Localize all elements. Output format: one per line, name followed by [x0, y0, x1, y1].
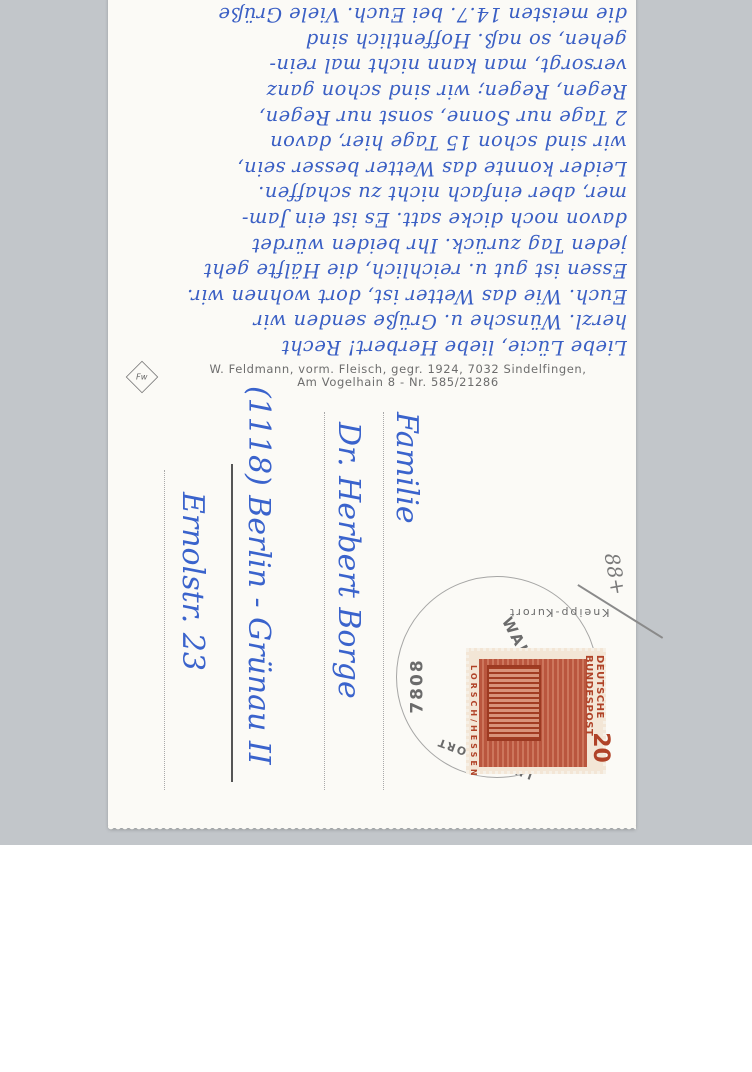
message-line: Leider konnte das Wetter besser sein,	[122, 155, 627, 181]
address-line-1: Familie	[389, 412, 424, 524]
stamp-and-postmark: WALDKIRCH Kneipp-Kurort 7808 LUFTKURORT …	[396, 576, 618, 786]
publisher-logo-icon: Fw	[126, 361, 158, 393]
stamp-building-icon	[487, 665, 541, 741]
message-line: Essen ist gut u. reichlich, die Hälfte g…	[122, 258, 627, 284]
message-line: Regen, Regen; wir sind schon ganz	[122, 78, 627, 104]
message-line: 2 Tage nur Sonne, sonst nur Regen,	[122, 104, 627, 130]
address-line-3: (1118) Berlin - Grünau II	[241, 386, 276, 765]
message-line: versorgt, man kann nicht mal rein-	[122, 53, 627, 79]
address-line-4: Ernolstr. 23	[175, 492, 210, 671]
message-line: wir sind schon 15 Tage hier, davon	[122, 130, 627, 156]
postmark-subtitle: Kneipp-Kurort	[508, 606, 609, 619]
stamp-place: LORSCH/HESSEN	[469, 665, 478, 779]
address-underline	[231, 464, 233, 782]
message-line: die meisten 14.7. bei Euch. Viele Grüße	[122, 2, 627, 28]
message-line: Liebe Lücie, liebe Herbert! Recht	[122, 334, 627, 360]
message-line: gehen, so naß. Hoffentlich sind	[122, 27, 627, 53]
address-line-2: Dr. Herbert Borge	[331, 422, 366, 699]
message-line: jeden Tag zurück. Ihr beiden würdet	[122, 232, 627, 258]
postcard: Liebe Lücie, liebe Herbert! Recht herzl.…	[108, 0, 636, 828]
address-line	[324, 412, 325, 790]
message-line: mer, aber einfach nicht zu schaffen.	[122, 181, 627, 207]
postage-stamp: LORSCH/HESSEN DEUTSCHE BUNDESPOST 20	[466, 648, 606, 774]
postmark-code: 7808	[408, 658, 428, 713]
message-line: herzl. Wünsche u. Grüße senden wir	[122, 309, 627, 335]
message-line: Euch. Wie das Wetter ist, dort wohnen wi…	[122, 283, 627, 309]
stamp-value: 20	[588, 732, 613, 763]
address-line	[164, 470, 165, 790]
handwritten-message: Liebe Lücie, liebe Herbert! Recht herzl.…	[122, 0, 627, 360]
message-line: davon noch dicke satt. Es ist ein Jam-	[122, 206, 627, 232]
address-line	[383, 412, 384, 790]
